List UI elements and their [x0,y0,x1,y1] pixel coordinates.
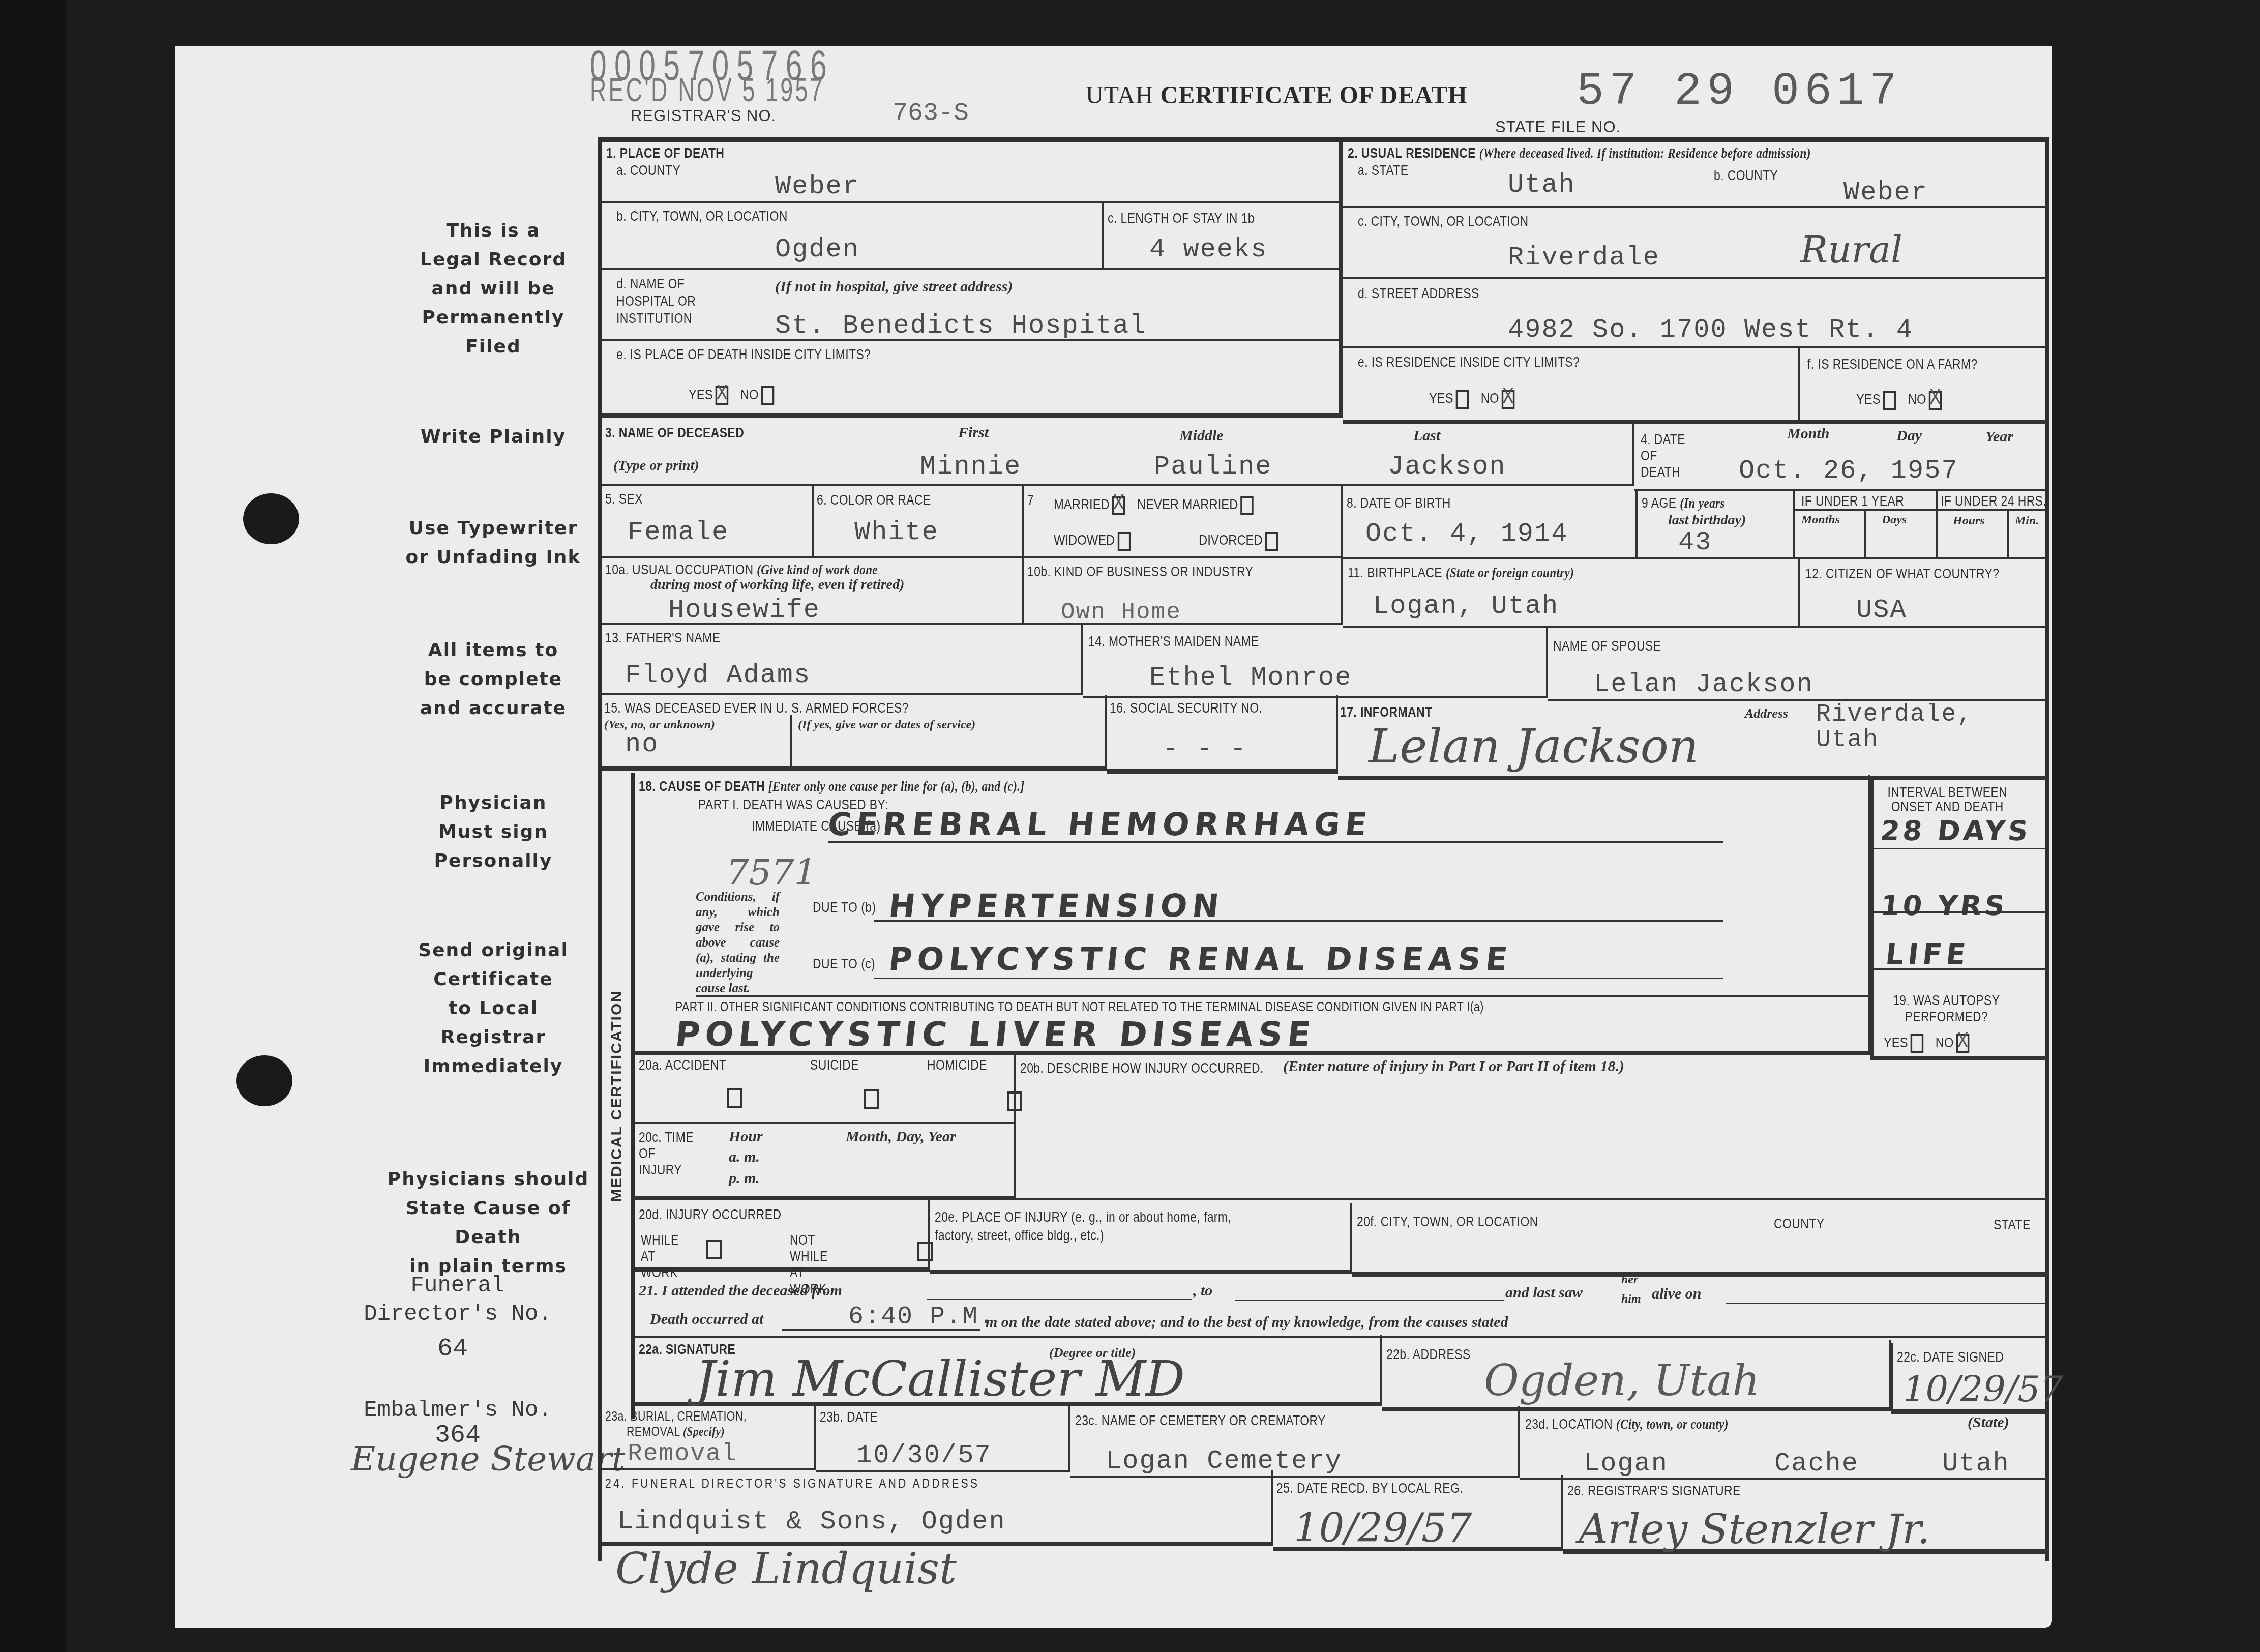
residence-farm-yes-checkbox[interactable] [1883,391,1896,410]
cell-attestation: 21. I attended the deceased from , to an… [635,1274,2049,1338]
alive-on-label: alive on [1652,1285,1702,1303]
hour-label: Hour [729,1128,763,1145]
state-file-no-label: STATE FILE NO. [1495,118,1621,136]
funeral-director-signature: Clyde Lindquist [615,1544,957,1594]
cell-ssn: 16. SOCIAL SECURITY NO. - - - [1107,695,1338,774]
cell-date-of-death: 4. DATE OF DEATH Month Day Year Oct. 26,… [1634,422,2049,491]
death-time-line [782,1329,980,1331]
cell-age-days[interactable]: Days [1866,511,1938,559]
cell-date-signed: 22c. DATE SIGNED 10/29/57 [1891,1343,2049,1414]
conditions-hint: Conditions, if any, which gave rise to a… [696,890,780,996]
cell-sex: 5. SEX Female [602,486,814,558]
mother-value[interactable]: Ethel Monroe [1149,663,1352,693]
armed-forces-hint-2: (If yes, give war or dates of service) [798,718,975,732]
sex-value[interactable]: Female [628,517,729,547]
funeral-director-label: 24. FUNERAL DIRECTOR'S SIGNATURE AND ADD… [605,1475,979,1491]
dob-label: 8. DATE OF BIRTH [1347,495,1451,511]
suicide-label: SUICIDE [810,1057,859,1073]
divider [790,715,792,766]
physician-signature: Jim McCallister MD [696,1350,1185,1407]
death-city-label: b. CITY, TOWN, OR LOCATION [616,208,788,224]
funeral-director-value[interactable]: Lindquist & Sons, Ogden [617,1507,1006,1537]
binder-strip [0,0,66,1652]
cell-residence-inside-city: e. IS RESIDENCE INSIDE CITY LIMITS? YES … [1343,348,1800,424]
while-at-work-checkbox[interactable] [706,1240,722,1259]
interval-c-value[interactable]: LIFE [1884,938,1972,971]
year-label: Year [1985,428,2013,446]
due-to-c-label: DUE TO (c) [813,956,875,972]
death-occurred-label: Death occurred at [650,1311,763,1328]
title-state: UTAH [1086,82,1153,109]
cause-code-annotation: 7571 [726,851,817,893]
medical-certification-strip: MEDICAL CERTIFICATION [604,768,630,1424]
injury-occurred-label: 20d. INJURY OCCURRED [639,1206,781,1223]
cell-race: 6. COLOR OR RACE White [814,486,1024,558]
cause-c-line [874,978,1723,979]
registrars-no-label: REGISTRAR'S NO. [631,107,776,125]
divorced-checkbox[interactable] [1265,532,1278,551]
due-to-c-value[interactable]: POLYCYSTIC RENAL DISEASE [887,940,1514,978]
deceased-name-hint: (Type or print) [613,458,699,474]
residence-county-value[interactable]: Weber [1843,178,1928,208]
citizen-label: 12. CITIZEN OF WHAT COUNTRY? [1805,566,1999,582]
certificate-title: UTAH CERTIFICATE OF DEATH [1086,81,1468,109]
informant-address-value[interactable]: Riverdale, Utah [1816,702,1973,753]
middle-name-value[interactable]: Pauline [1154,452,1272,482]
residence-street-label: d. STREET ADDRESS [1358,285,1479,302]
cell-disposition-date: 23b. DATE 10/30/57 [816,1404,1070,1472]
occupation-value[interactable]: Housewife [668,595,820,625]
part2-value[interactable]: POLYCYSTIC LIVER DISEASE [673,1015,1318,1054]
interval-a-value[interactable]: 28 DAYS [1879,815,2033,847]
residence-city-value[interactable]: Riverdale [1508,243,1660,273]
father-label: 13. FATHER'S NAME [605,630,721,646]
cell-physician-signature: 22a. SIGNATURE (Degree or title) Jim McC… [635,1335,1382,1406]
part2-label: PART II. OTHER SIGNIFICANT CONDITIONS CO… [675,998,1484,1015]
embalmer-signature: Eugene Stewart [351,1439,625,1479]
margin-note-plain-terms: Physicians should State Cause of Death i… [376,1165,600,1281]
death-city-value[interactable]: Ogden [775,234,859,264]
death-inside-city-yes-checkbox[interactable] [716,386,729,405]
injury-county-label: COUNTY [1774,1216,1824,1232]
cell-date-of-birth: 8. DATE OF BIRTH Oct. 4, 1914 [1343,491,1638,559]
hours-label: Hours [1953,514,1985,528]
title-main: CERTIFICATE OF DEATH [1160,82,1467,109]
physician-address-label: 22b. ADDRESS [1386,1346,1471,1363]
month-label: Month [1787,425,1829,442]
to-label: , to [1193,1282,1212,1300]
last-name-label: Last [1413,427,1440,445]
death-inside-city-label: e. IS PLACE OF DEATH INSIDE CITY LIMITS? [616,346,871,363]
margin-note-complete: All items to be complete and accurate [407,636,580,723]
injury-state-label: STATE [1994,1217,2031,1233]
date-recd-label: 25. DATE RECD. BY LOCAL REG. [1276,1480,1463,1496]
cell-armed-forces: 15. WAS DECEASED EVER IN U. S. ARMED FOR… [602,695,1107,771]
physician-address-value[interactable]: Ogden, Utah [1484,1355,1760,1405]
married-checkbox[interactable] [1112,496,1125,515]
death-county-value[interactable]: Weber [775,171,859,201]
punch-hole [236,1055,292,1106]
cell-death-inside-city: e. IS PLACE OF DEATH INSIDE CITY LIMITS?… [602,341,1343,418]
cell-interval: INTERVAL BETWEEN ONSET AND DEATH 28 DAYS… [1870,780,2049,1007]
homicide-label: HOMICIDE [927,1057,987,1073]
never-married-label: NEVER MARRIED [1137,496,1238,512]
state-file-no: 57 29 0617 [1577,66,1902,118]
autopsy-yes-checkbox[interactable] [1911,1034,1924,1053]
alive-on-line[interactable] [1726,1303,2046,1304]
cell-mother: 14. MOTHER'S MAIDEN NAME Ethel Monroe [1083,627,1548,698]
autopsy-label: 19. WAS AUTOPSY PERFORMED? [1878,992,2015,1025]
date-of-death-label: 4. DATE OF DEATH [1641,431,1690,480]
last-name-value[interactable]: Jackson [1388,452,1506,482]
cell-injury-description[interactable]: 20b. DESCRIBE HOW INJURY OCCURRED. (Ente… [1016,1053,2049,1200]
cause-b-line [874,920,1723,922]
autopsy-no-checkbox[interactable] [1956,1034,1970,1053]
residence-rural-annotation: Rural [1800,228,1902,271]
under-24-hrs-label: IF UNDER 24 HRS. [1941,493,2046,509]
cell-residence-farm: f. IS RESIDENCE ON A FARM? YES NO [1800,348,2049,424]
attended-from-line[interactable] [927,1299,1192,1300]
registrar-signature: Arley Stenzler Jr. [1579,1506,1930,1553]
attended-label: 21. I attended the deceased from [639,1282,842,1299]
attestation-statement: m on the date stated above; and to the b… [986,1314,1508,1331]
interval-b-value[interactable]: 10 YRS [1879,890,2009,922]
last-saw-label: and last saw [1505,1284,1583,1302]
cell-business: 10b. KIND OF BUSINESS OR INDUSTRY Own Ho… [1024,558,1343,625]
injury-describe-label: 20b. DESCRIBE HOW INJURY OCCURRED. [1020,1060,1264,1076]
funeral-director-no-label: Funeral Director's No. [356,1272,559,1329]
race-value[interactable]: White [854,517,939,547]
day-label: Day [1896,427,1922,445]
birthplace-value[interactable]: Logan, Utah [1373,591,1559,621]
cell-registrar-signature: 26. REGISTRAR'S SIGNATURE Arley Stenzler… [1563,1478,2049,1554]
margin-note-typewriter: Use Typewriter or Unfading Ink [397,514,590,572]
her-label: her [1621,1273,1638,1287]
accident-checkbox[interactable] [727,1088,742,1108]
cell-injury-type: 20a. ACCIDENT SUICIDE HOMICIDE [635,1053,1016,1124]
cell-age-min[interactable]: Min. [2009,511,2049,559]
margin-note-send-original: Send original Certificate to Local Regis… [407,936,580,1081]
middle-name-label: Middle [1179,427,1224,445]
margin-note-physician-sign: Physician Must sign Personally [407,788,580,875]
armed-forces-value[interactable]: no [625,729,659,759]
business-label: 10b. KIND OF BUSINESS OR INDUSTRY [1027,564,1253,580]
cell-hospital: d. NAME OF HOSPITAL OR INSTITUTION (If n… [602,270,1343,341]
sex-label: 5. SEX [605,491,643,507]
cell-autopsy: 19. WAS AUTOPSY PERFORMED? YES NO [1870,989,2049,1060]
cell-age-hours[interactable]: Hours [1938,511,2009,559]
accident-label: 20a. ACCIDENT [639,1057,726,1073]
place-of-death-label: 1. PLACE OF DEATH [606,145,724,161]
ssn-label: 16. SOCIAL SECURITY NO. [1110,700,1262,716]
residence-street-value[interactable]: 4982 So. 1700 West Rt. 4 [1508,315,1913,345]
hospital-hint: (If not in hospital, give street address… [775,278,1013,296]
cell-under-24-hrs: IF UNDER 24 HRS. [1938,491,2049,511]
cell-injury-location[interactable]: 20f. CITY, TOWN, OR LOCATION COUNTY STAT… [1352,1205,2049,1277]
burial-value[interactable]: Removal [628,1440,737,1468]
interval-label: INTERVAL BETWEEN ONSET AND DEATH [1879,785,2016,814]
cell-informant: 17. INFORMANT Lelan Jackson Address Rive… [1338,699,2049,780]
cell-age-months[interactable]: Months [1795,511,1866,559]
death-county-label: a. COUNTY [616,162,680,179]
medical-strip-divider [631,773,635,1419]
cell-spouse: NAME OF SPOUSE Lelan Jackson [1548,630,2049,701]
residence-state-value[interactable]: Utah [1508,170,1575,200]
spouse-value[interactable]: Lelan Jackson [1594,669,1813,699]
residence-farm-no-checkbox[interactable] [1929,391,1942,410]
margin-note-write-plainly: Write Plainly [407,422,580,451]
embalmer-no-label: Embalmer's No. [336,1396,580,1425]
location-state-value[interactable]: Utah [1942,1449,2010,1479]
cell-death-city: b. CITY, TOWN, OR LOCATION Ogden [602,203,1104,270]
location-state-label: (State) [1968,1414,2009,1431]
first-name-label: First [958,424,989,441]
due-to-b-label: DUE TO (b) [813,899,876,916]
spouse-label: NAME OF SPOUSE [1553,638,1661,654]
residence-state-label: a. STATE [1358,162,1408,179]
cell-burial: 23a. BURIAL, CREMATION, REMOVAL (Specify… [602,1404,816,1470]
hospital-label: d. NAME OF HOSPITAL OR INSTITUTION [616,275,696,327]
injury-place-label: 20e. PLACE OF INJURY (e. g., in or about… [935,1208,1264,1245]
widowed-label: WIDOWED [1054,532,1115,548]
punch-hole [243,493,299,544]
divorced-label: DIVORCED [1199,532,1263,548]
mdy-label: Month, Day, Year [846,1128,956,1145]
citizen-value[interactable]: USA [1856,595,1907,625]
funeral-director-no: 64 [437,1335,468,1364]
cell-under-1-year: IF UNDER 1 YEAR [1795,491,1938,511]
residence-city-label: c. CITY, TOWN, OR LOCATION [1358,213,1529,229]
dob-value[interactable]: Oct. 4, 1914 [1365,519,1568,549]
location-county-value[interactable]: Cache [1774,1449,1859,1479]
cell-marital-status: 7 MARRIED NEVER MARRIED WIDOWED DIVORCED [1024,486,1343,558]
informant-signature: Lelan Jackson [1369,719,1699,774]
cell-cemetery: 23c. NAME OF CEMETERY OR CREMATORY Logan… [1070,1406,1520,1478]
location-city-value[interactable]: Logan [1584,1449,1668,1479]
informant-label: 17. INFORMANT [1340,704,1432,720]
father-value[interactable]: Floyd Adams [625,660,811,690]
armed-forces-label: 15. WAS DECEASED EVER IN U. S. ARMED FOR… [604,700,909,716]
hospital-value[interactable]: St. Benedicts Hospital [775,311,1147,341]
cemetery-label: 23c. NAME OF CEMETERY OR CREMATORY [1075,1412,1326,1429]
marital-label: 7 [1027,492,1034,508]
residence-inside-city-label: e. IS RESIDENCE INSIDE CITY LIMITS? [1358,354,1580,370]
cause-a-line [828,841,1723,843]
cell-physician-address: 22b. ADDRESS Ogden, Utah [1382,1340,1891,1411]
suicide-checkbox[interactable] [864,1089,879,1109]
death-time-value[interactable]: 6:40 P.M. [848,1303,995,1332]
date-signed-label: 22c. DATE SIGNED [1897,1349,2004,1365]
due-to-b-value[interactable]: HYPERTENSION [887,887,1226,924]
never-married-checkbox[interactable] [1240,496,1254,515]
injury-city-label: 20f. CITY, TOWN, OR LOCATION [1357,1214,1538,1230]
cell-citizen: 12. CITIZEN OF WHAT COUNTRY? USA [1800,559,2049,628]
cell-residence-state-county: 2. USUAL RESIDENCE (Where deceased lived… [1343,142,2049,208]
disposition-date-label: 23b. DATE [820,1409,878,1425]
injury-time-label: 20c. TIME OF INJURY [639,1129,701,1178]
usual-residence-label: 2. USUAL RESIDENCE [1348,145,1476,161]
disposition-date-value[interactable]: 10/30/57 [856,1440,992,1470]
attended-to-line[interactable] [1235,1300,1504,1301]
pm-label: p. m. [729,1170,760,1187]
under-1-year-label: IF UNDER 1 YEAR [1801,493,1904,509]
residence-inside-city-no-checkbox[interactable] [1502,390,1515,409]
cell-residence-city: c. CITY, TOWN, OR LOCATION Riverdale Rur… [1343,208,2049,279]
length-of-stay-value[interactable]: 4 weeks [1149,234,1267,264]
months-label: Months [1801,513,1840,527]
cell-injury-place[interactable]: 20e. PLACE OF INJURY (e. g., in or about… [930,1203,1352,1274]
cell-age: 9 AGE (In years last birthday) 9 AGE (In… [1638,491,1795,559]
registrar-label: 26. REGISTRAR'S SIGNATURE [1567,1483,1741,1499]
cell-injury-occurred: 20d. INJURY OCCURRED WHILE AT WORK NOT W… [635,1200,930,1272]
usual-residence-hint: (Where deceased lived. If institution: R… [1479,145,1811,161]
business-value[interactable]: Own Home [1061,599,1181,626]
cause-of-death-hint: [Enter only one cause per line for (a), … [768,779,1025,794]
date-recd-value[interactable]: 10/29/57 [1294,1506,1472,1551]
ssn-value[interactable]: - - - [1163,734,1247,764]
cell-residence-street: d. STREET ADDRESS 4982 So. 1700 West Rt.… [1343,279,2049,348]
cell-length-of-stay: c. LENGTH OF STAY IN 1b 4 weeks [1104,203,1343,270]
cell-birthplace: 11. BIRTHPLACE (State or foreign country… [1343,559,1800,628]
residence-county-label: b. COUNTY [1714,167,1778,184]
received-stamp: REC'D NOV 5 1957 [590,71,825,109]
informant-address-label: Address [1745,706,1788,721]
him-label: him [1621,1292,1641,1306]
registrars-no: 763-S [893,99,969,128]
am-label: a. m. [729,1148,760,1166]
while-at-work-label: WHILE AT WORK [641,1232,682,1281]
cell-father: 13. FATHER'S NAME Floyd Adams [602,625,1083,695]
length-of-stay-label: c. LENGTH OF STAY IN 1b [1108,210,1255,226]
cell-funeral-director: 24. FUNERAL DIRECTOR'S SIGNATURE AND ADD… [602,1470,1273,1546]
armed-forces-hint-1: (Yes, no, or unknown) [604,718,715,732]
date-of-death-value[interactable]: Oct. 26, 1957 [1739,456,1958,486]
days-label: Days [1882,513,1907,527]
age-value[interactable]: 43 [1678,527,1712,557]
cell-deceased-name: 3. NAME OF DECEASED (Type or print) Firs… [602,422,1634,486]
residence-farm-label: f. IS RESIDENCE ON A FARM? [1807,356,1978,372]
cell-occupation: 10a. USUAL OCCUPATION (Give kind of work… [602,558,1024,625]
married-label: MARRIED [1054,496,1110,512]
cell-date-recd: 25. DATE RECD. BY LOCAL REG. 10/29/57 [1273,1475,1563,1551]
cell-injury-time: 20c. TIME OF INJURY Hour a. m. p. m. Mon… [635,1124,1016,1200]
cell-death-county: 1. PLACE OF DEATH a. COUNTY Weber [602,142,1343,203]
injury-describe-hint: (Enter nature of injury in Part I or Par… [1283,1058,1624,1075]
race-label: 6. COLOR OR RACE [817,492,931,508]
margin-note-legal-record: This is a Legal Record and will be Perma… [407,216,580,361]
residence-inside-city-yes-checkbox[interactable] [1456,390,1469,409]
min-label: Min. [2015,514,2039,528]
first-name-value[interactable]: Minnie [920,452,1021,482]
cell-cemetery-location: 23d. LOCATION (City, town, or county) 23… [1520,1409,2049,1480]
date-signed-value[interactable]: 10/29/57 [1903,1368,2063,1410]
cell-cause-of-death: 18. CAUSE OF DEATH [Enter only one cause… [635,775,1870,1001]
death-inside-city-no-checkbox[interactable] [761,386,775,405]
immediate-cause-value[interactable]: CEREBRAL HEMORRHAGE [826,806,1374,843]
deceased-name-label: 3. NAME OF DECEASED [605,425,744,440]
mother-label: 14. MOTHER'S MAIDEN NAME [1088,633,1259,650]
cell-part-2: PART II. OTHER SIGNIFICANT CONDITIONS CO… [635,994,1870,1055]
cause-of-death-label: 18. CAUSE OF DEATH [639,778,765,794]
widowed-checkbox[interactable] [1117,532,1131,551]
